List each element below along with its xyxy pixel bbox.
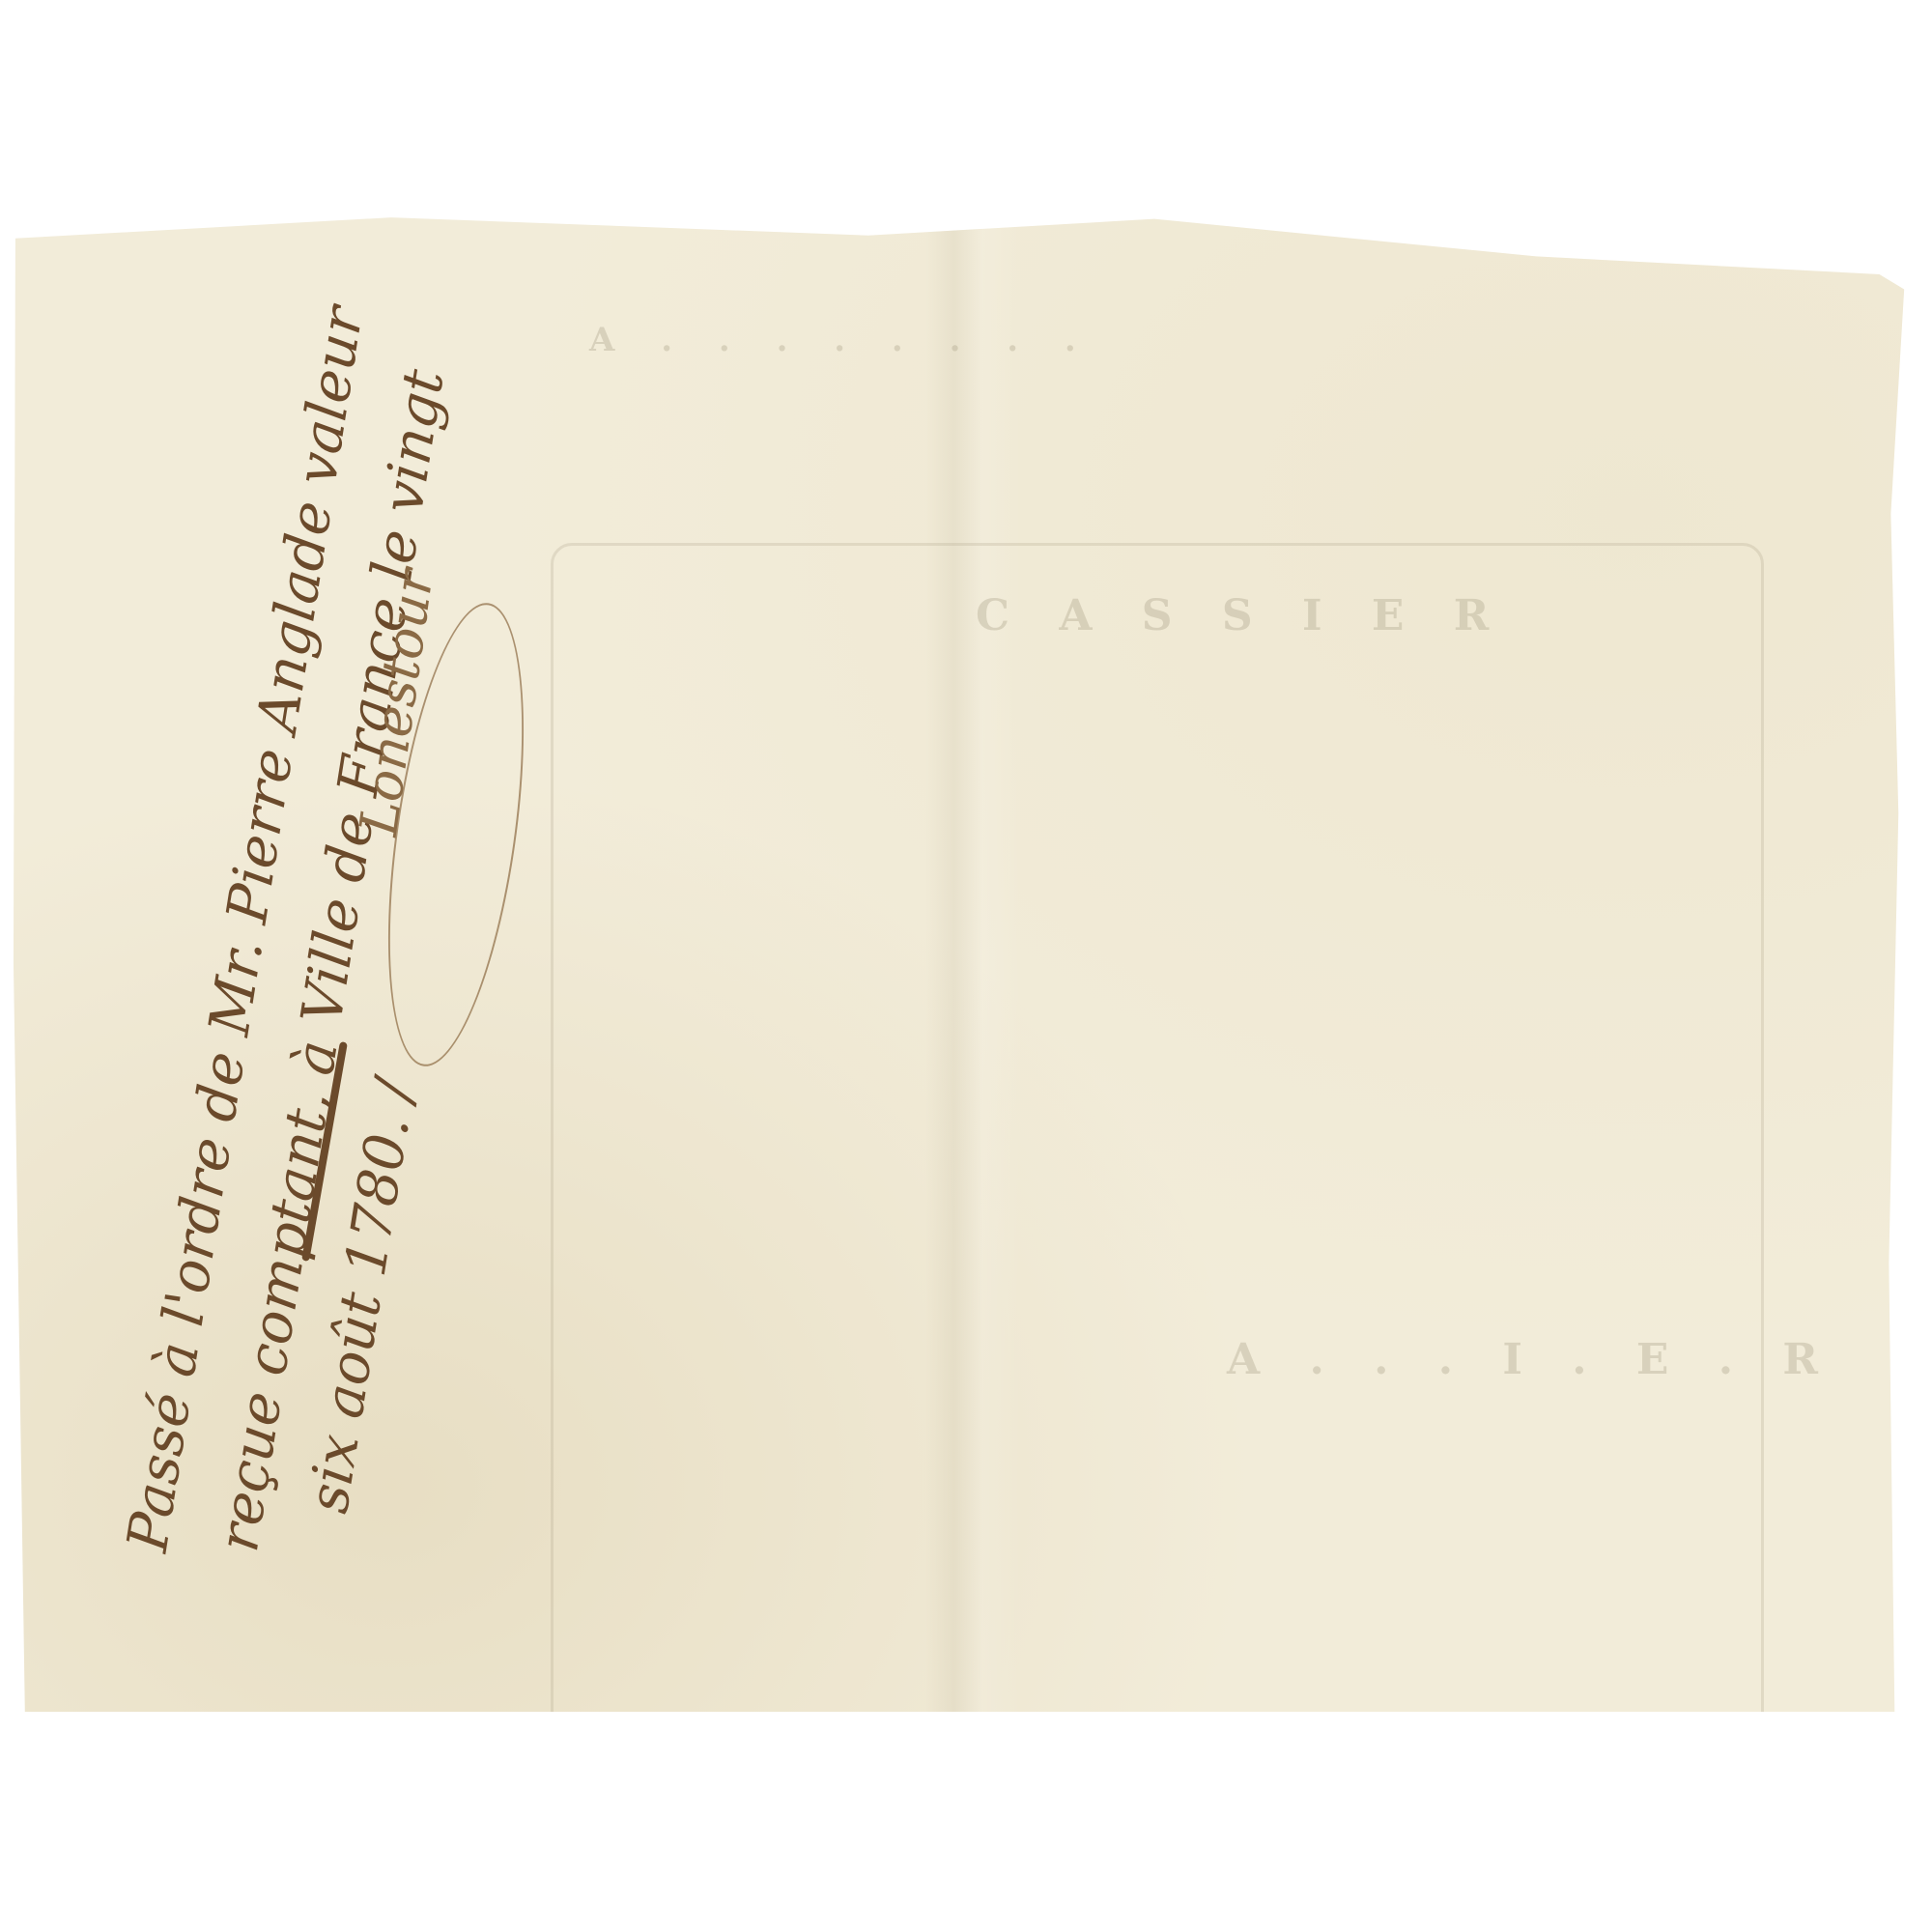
embossed-header-word: C A S S I E R: [976, 591, 1506, 640]
embossed-top-line: A . . . . . . . .: [589, 321, 1094, 359]
embossed-border: [551, 543, 1764, 1804]
embossed-bottom-word: A . . . I . E . R: [1227, 1335, 1835, 1384]
